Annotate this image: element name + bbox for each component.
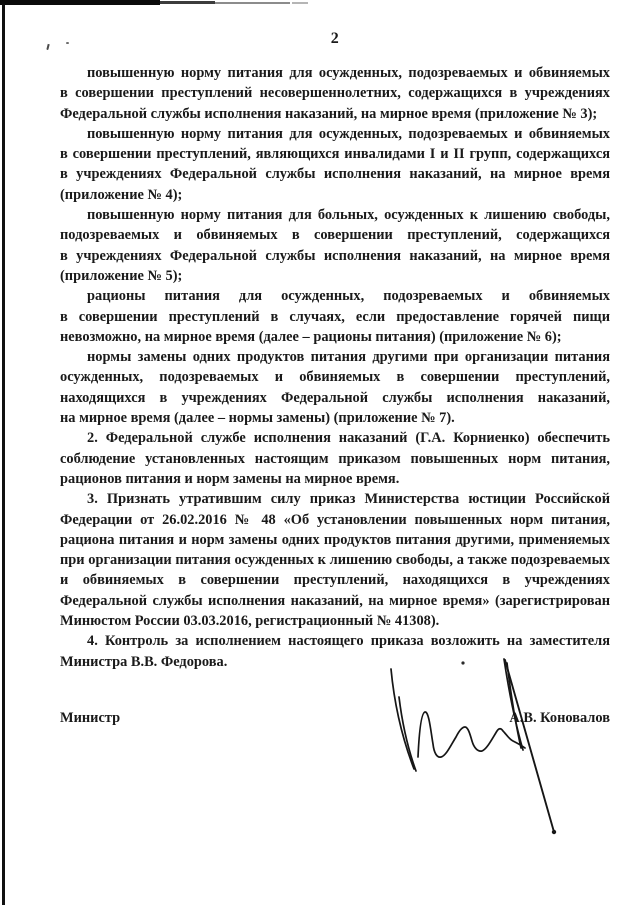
paragraph: нормы замены одних продуктов питания дру… [60,347,610,428]
text-line: 4. Контроль за исполнением настоящего пр… [60,631,610,651]
text-line: Минюстом России 03.03.2016, регистрацион… [60,611,610,631]
text-line: Федерации от 26.02.2016 № 48 «Об установ… [60,510,610,530]
text-line: в учреждениях Федеральной службы исполне… [60,246,610,266]
scan-artifact-top-band [160,1,215,4]
text-line: подозреваемых и обвиняемых в совершении … [60,225,610,245]
text-line: соблюдение установленных настоящим прика… [60,449,610,469]
signature-ink-blot [552,830,556,834]
text-line: на мирное время (далее – нормы замены) (… [60,408,610,428]
text-line: повышенную норму питания для больных, ос… [60,205,610,225]
text-line: повышенную норму питания для осужденных,… [60,63,610,83]
text-line: при организации питания осужденных к лиш… [60,550,610,570]
text-line: рационы питания для осужденных, подозрев… [60,286,610,306]
text-line: Федеральной службы исполнения наказаний,… [60,591,610,611]
text-line: и обвиняемых в совершении преступлений, … [60,570,610,590]
scan-artifact-top-band [292,2,308,4]
scan-artifact-top-band [215,2,290,4]
text-line: осужденных, подозреваемых и обвиняемых в… [60,367,610,387]
document-body: повышенную норму питания для осужденных,… [60,63,610,672]
paragraph: 3. Признать утратившим силу приказ Минис… [60,489,610,631]
text-line: нормы замены одних продуктов питания дру… [60,347,610,367]
paragraph: 2. Федеральной службе исполнения наказан… [60,428,610,489]
paragraph: повышенную норму питания для осужденных,… [60,63,610,124]
scan-artifact-speck [46,44,49,50]
text-line: в совершении преступлений, являющихся ин… [60,144,610,164]
text-line: в совершении преступлений в случаях, есл… [60,307,610,327]
page-number: 2 [60,30,610,48]
scan-artifact-top-band [0,0,160,5]
text-line: Федеральной службы исполнения наказаний,… [60,104,610,124]
paragraph: повышенную норму питания для осужденных,… [60,124,610,205]
text-line: повышенную норму питания для осужденных,… [60,124,610,144]
text-line: рационов питания и норм замены на мирное… [60,469,610,489]
paragraph: повышенную норму питания для больных, ос… [60,205,610,286]
signatory-name: А.В. Коновалов [509,708,610,728]
text-line: рациона питания и норм замены одних прод… [60,530,610,550]
text-line: находящихся в учреждениях Федеральной сл… [60,388,610,408]
text-line: 2. Федеральной службе исполнения наказан… [60,428,610,448]
scanned-document-page: 2 повышенную норму питания для осужденны… [0,0,640,905]
text-line: 3. Признать утратившим силу приказ Минис… [60,489,610,509]
signatory-title: Министр [60,708,120,728]
scan-artifact-left-edge [2,4,5,905]
paragraph: 4. Контроль за исполнением настоящего пр… [60,631,610,672]
text-line: в учреждениях Федеральной службы исполне… [60,164,610,184]
text-line: Министра В.В. Федорова. [60,652,610,672]
text-line: невозможно, на мирное время (далее – рац… [60,327,610,347]
paragraph: рационы питания для осужденных, подозрев… [60,286,610,347]
text-line: (приложение № 4); [60,185,610,205]
text-line: (приложение № 5); [60,266,610,286]
signature-block: Министр А.В. Коновалов [60,708,610,728]
text-line: в совершении преступлений несовершенноле… [60,83,610,103]
